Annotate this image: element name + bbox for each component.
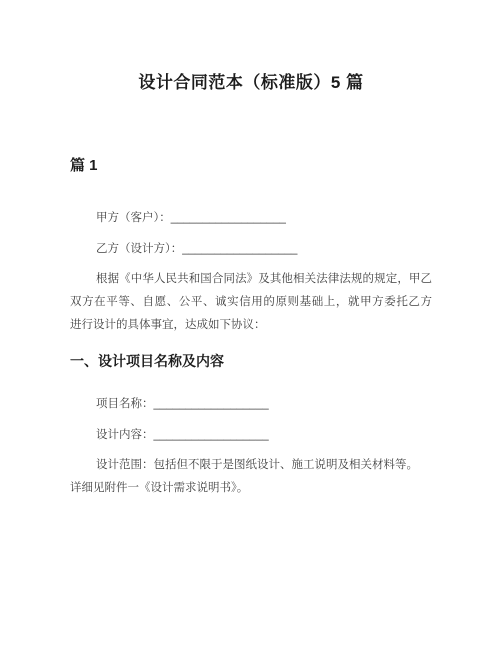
party-a-line: 甲方（客户）：__________________ — [70, 207, 432, 230]
preamble-line: 双方在平等、自愿、公平、诚实信用的原则基础上，就甲方委托乙方 — [70, 291, 432, 314]
project-name-line: 项目名称：__________________ — [70, 393, 432, 416]
party-a-label: 甲方（客户）： — [96, 212, 171, 224]
scope-paragraph: 设计范围：包括但不限于是图纸设计、施工说明及相关材料等。 详细见附件一《设计需求… — [70, 454, 432, 500]
document-title: 设计合同范本（标准版）5 篇 — [70, 72, 432, 94]
scope-line: 设计范围：包括但不限于是图纸设计、施工说明及相关材料等。 — [70, 454, 432, 477]
party-b-line: 乙方（设计方）：__________________ — [70, 238, 432, 261]
document-page: 设计合同范本（标准版）5 篇 篇 1 甲方（客户）：______________… — [0, 0, 502, 649]
design-content-line: 设计内容：__________________ — [70, 424, 432, 447]
section-1-heading: 一、设计项目名称及内容 — [70, 351, 432, 371]
party-b-blank: __________________ — [182, 243, 297, 255]
party-b-label: 乙方（设计方）： — [96, 243, 182, 255]
project-name-label: 项目名称： — [96, 398, 154, 410]
design-content-label: 设计内容： — [96, 429, 154, 441]
scope-line: 详细见附件一《设计需求说明书》。 — [70, 477, 432, 500]
preamble-paragraph: 根据《中华人民共和国合同法》及其他相关法律法规的规定，甲乙 双方在平等、自愿、公… — [70, 268, 432, 337]
part-heading: 篇 1 — [70, 156, 432, 176]
project-name-blank: __________________ — [154, 398, 269, 410]
preamble-line: 进行设计的具体事宜，达成如下协议： — [70, 314, 432, 337]
party-a-blank: __________________ — [171, 212, 286, 224]
design-content-blank: __________________ — [154, 429, 269, 441]
preamble-line: 根据《中华人民共和国合同法》及其他相关法律法规的规定，甲乙 — [70, 268, 432, 291]
